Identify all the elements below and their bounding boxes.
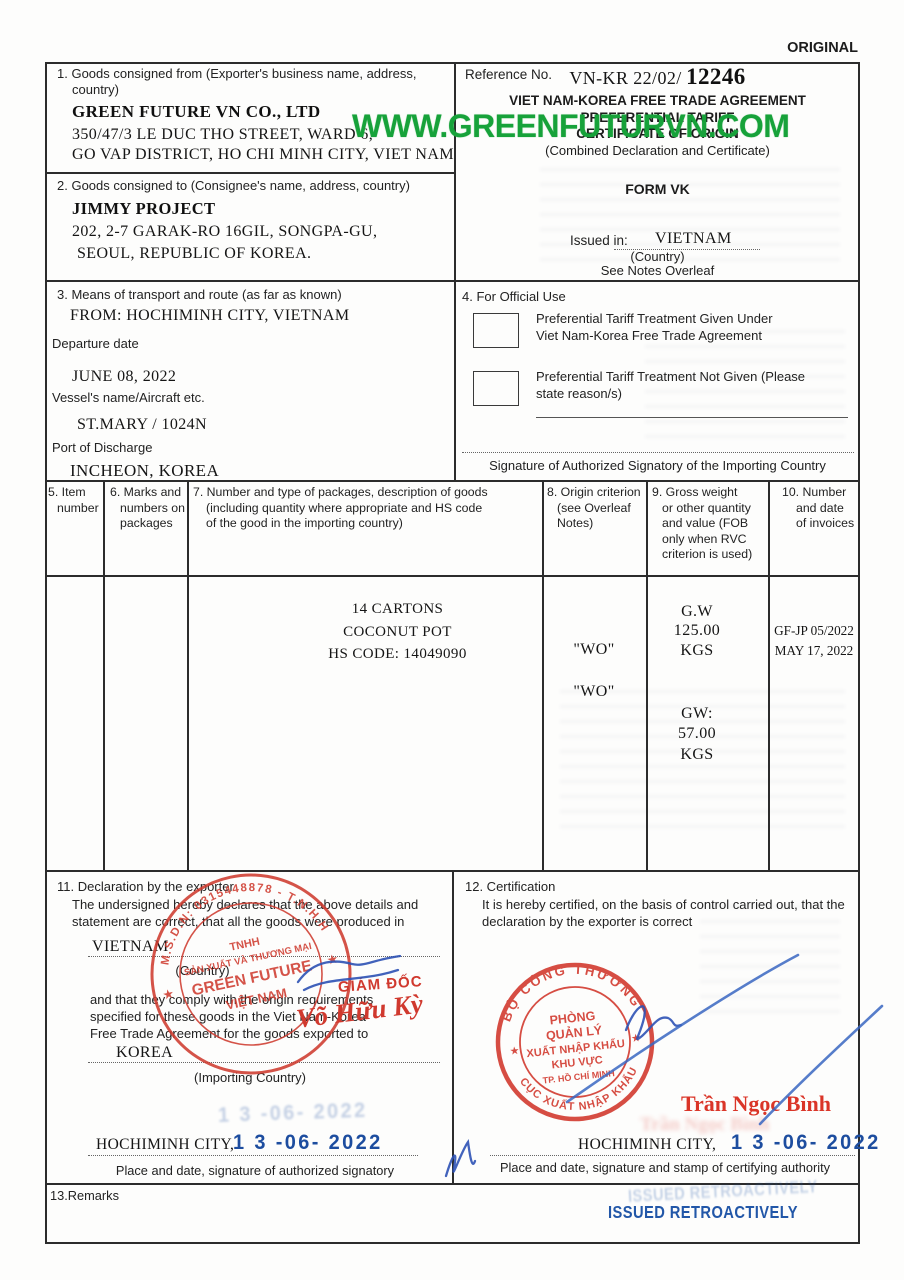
col-line-1	[103, 480, 105, 870]
official-signature-caption: Signature of Authorized Signatory of the…	[455, 458, 860, 474]
header-invoices: 10. Number and date of invoices	[782, 485, 858, 532]
exporter-stamp-line1: TNHH	[229, 936, 261, 954]
origin-criterion-2: "WO"	[544, 683, 644, 701]
box1-label-line1: 1. Goods consigned from (Exporter's busi…	[57, 66, 416, 82]
divider-h2	[45, 280, 858, 282]
net-weight-value: 57.00	[647, 725, 747, 743]
certifier-signature-mark	[446, 1142, 475, 1176]
box4-label: 4. For Official Use	[462, 289, 566, 305]
tariff-not-given-text-1: Preferential Tariff Treatment Not Given …	[536, 369, 805, 385]
departure-date-label: Departure date	[52, 336, 139, 352]
consignee-name: JIMMY PROJECT	[72, 199, 215, 219]
col-line-5	[768, 480, 770, 870]
certification-text-1: It is hereby certified, on the basis of …	[482, 897, 845, 913]
star-icon: ★	[161, 986, 176, 1003]
certifier-signature-long-stroke	[760, 1006, 882, 1124]
header-origin-criterion: 8. Origin criterion (see Overleaf Notes)	[547, 485, 645, 532]
divider-h4	[45, 575, 858, 577]
tariff-given-text-1: Preferential Tariff Treatment Given Unde…	[536, 311, 773, 327]
hdr-line: or other quantity	[652, 501, 766, 517]
certifier-signature-long-stroke	[567, 955, 798, 1102]
vessel-name: ST.MARY / 1024N	[77, 416, 207, 434]
reference-number-line: VN-KR 22/02/ 12246	[455, 64, 860, 90]
transport-from: FROM: HOCHIMINH CITY, VIETNAM	[70, 307, 349, 325]
copy-label: ORIGINAL	[700, 40, 858, 56]
hdr-line: 5. Item	[48, 485, 102, 501]
reference-number-prefix: VN-KR 22/02/	[569, 68, 681, 88]
port-of-discharge: INCHEON, KOREA	[70, 461, 219, 481]
gross-weight-value: 125.00	[647, 622, 747, 640]
combined-declaration-subtitle: (Combined Declaration and Certificate)	[455, 143, 860, 158]
gross-weight-label: G.W	[647, 603, 747, 621]
ink-signatures	[260, 930, 900, 1190]
hdr-line: 10. Number	[782, 485, 858, 501]
hdr-line: and date	[782, 501, 858, 517]
tariff-given-checkbox	[473, 313, 519, 348]
box13-label: 13.Remarks	[50, 1188, 119, 1204]
box2-label: 2. Goods consigned to (Consignee's name,…	[57, 178, 410, 194]
certification-text-2: declaration by the exporter is correct	[482, 914, 692, 930]
header-description: 7. Number and type of packages, descript…	[193, 485, 541, 532]
col-line-3	[542, 480, 544, 870]
certificate-of-origin-page: ORIGINAL 1. Goods consigned from (Export…	[0, 0, 904, 1280]
form-vk-label: FORM VK	[455, 181, 860, 197]
hdr-line: 8. Origin criterion	[547, 485, 645, 501]
hdr-line: 7. Number and type of packages, descript…	[193, 485, 541, 501]
hdr-line: numbers on	[110, 501, 186, 517]
tariff-not-given-checkbox	[473, 371, 519, 406]
port-of-discharge-label: Port of Discharge	[52, 440, 152, 456]
hdr-line: packages	[110, 516, 186, 532]
hdr-line: of the good in the importing country)	[193, 516, 541, 532]
gross-weight-unit: KGS	[647, 642, 747, 660]
header-item-number: 5. Item number	[48, 485, 102, 516]
hdr-line: of invoices	[782, 516, 858, 532]
divider-h1	[45, 172, 455, 174]
watermark: WWW.GREENFUTURVN.COM	[352, 108, 789, 145]
box12-label: 12. Certification	[465, 879, 555, 895]
reason-write-in-line	[536, 404, 848, 418]
exporter-signature-stroke	[304, 970, 398, 990]
hdr-line: and value (FOB	[652, 516, 766, 532]
exporter-address-1: 350/47/3 LE DUC THO STREET, WARD 6,	[72, 126, 373, 144]
vessel-label: Vessel's name/Aircraft etc.	[52, 390, 205, 406]
box1-label-line2: country)	[72, 82, 119, 98]
exporter-address-2: GO VAP DISTRICT, HO CHI MINH CITY, VIET …	[72, 146, 454, 164]
col-line-2	[187, 480, 189, 870]
exporter-name: GREEN FUTURE VN CO., LTD	[72, 102, 321, 122]
tariff-given-text-2: Viet Nam-Korea Free Trade Agreement	[536, 328, 762, 344]
net-weight-unit: KGS	[647, 746, 747, 764]
see-notes-overleaf: See Notes Overleaf	[455, 263, 860, 279]
invoice-date: MAY 17, 2022	[769, 643, 859, 659]
header-marks-numbers: 6. Marks and numbers on packages	[110, 485, 186, 532]
hdr-line: Notes)	[547, 516, 645, 532]
issued-retroactively-stamp: ISSUED RETROACTIVELY	[608, 1202, 798, 1223]
net-weight-label: GW:	[647, 705, 747, 723]
issued-in-country: VIETNAM	[655, 230, 732, 248]
origin-criterion-1: "WO"	[544, 641, 644, 659]
header-gross-weight: 9. Gross weight or other quantity and va…	[652, 485, 766, 563]
certifier-signature-loop	[626, 1006, 681, 1039]
reference-number: 12246	[686, 64, 746, 89]
departure-date: JUNE 08, 2022	[72, 368, 176, 386]
hdr-line: only when RVC	[652, 532, 766, 548]
goods-packages: 14 CARTONS	[250, 601, 545, 618]
hdr-line: number	[48, 501, 102, 517]
consignee-address-2: SEOUL, REPUBLIC OF KOREA.	[77, 245, 311, 263]
hdr-line: (see Overleaf	[547, 501, 645, 517]
hdr-line: 6. Marks and	[110, 485, 186, 501]
col-line-4	[646, 480, 648, 870]
tariff-not-given-text-2: state reason/s)	[536, 386, 622, 402]
official-signature-line	[462, 438, 854, 453]
goods-hs-code: HS CODE: 14049090	[250, 646, 545, 663]
hdr-line: criterion is used)	[652, 547, 766, 563]
invoice-number: GF-JP 05/2022	[769, 623, 859, 639]
goods-description: COCONUT POT	[250, 624, 545, 641]
consignee-address-1: 202, 2-7 GARAK-RO 16GIL, SONGPA-GU,	[72, 223, 377, 241]
hdr-line: 9. Gross weight	[652, 485, 766, 501]
box3-label: 3. Means of transport and route (as far …	[57, 287, 342, 303]
agreement-title: VIET NAM-KOREA FREE TRADE AGREEMENT	[455, 93, 860, 108]
hdr-line: (including quantity where appropriate an…	[193, 501, 541, 517]
